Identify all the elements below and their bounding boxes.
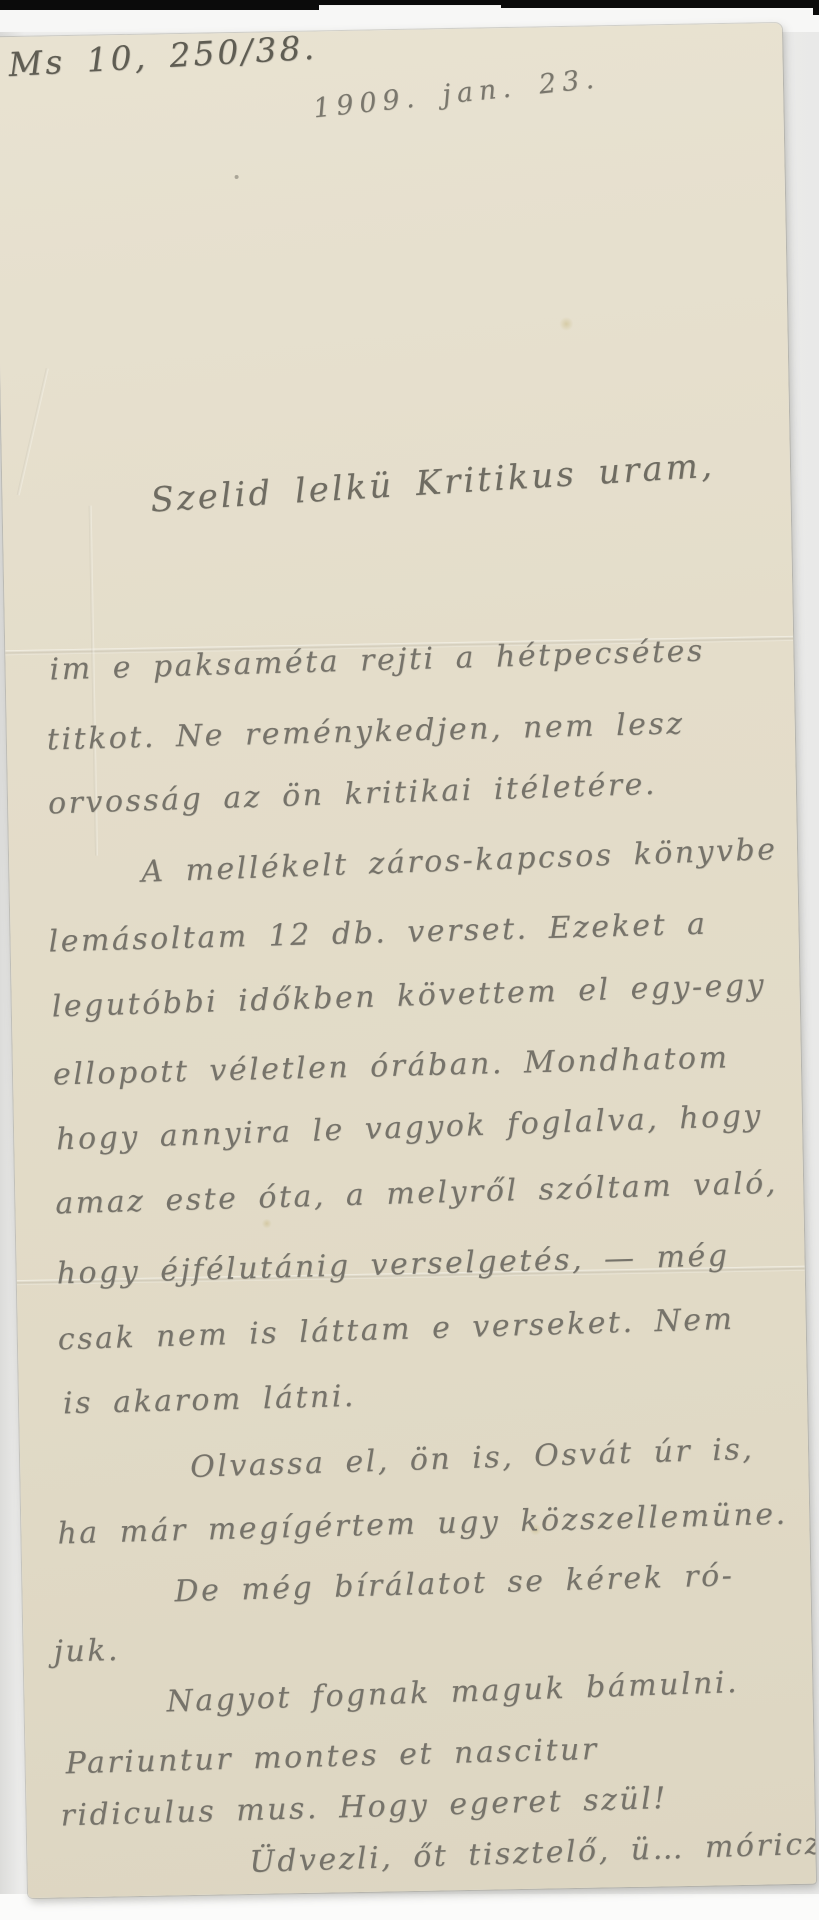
scanner-bottom-margin: [0, 1894, 819, 1920]
paper-stain: [559, 317, 573, 331]
handwritten-line: im e paksaméta rejti a hétpecsétes: [49, 634, 705, 688]
handwritten-line: csak nem is láttam e verseket. Nem: [57, 1302, 735, 1358]
scanned-letter-page: Ms 10, 250/38. 1909. jan. 23. Szelid lel…: [0, 0, 819, 1920]
handwritten-line: ridiculus mus. Hogy egeret szül!: [60, 1781, 668, 1833]
handwritten-line: is akarom látni.: [63, 1379, 357, 1421]
date-line: 1909. jan. 23.: [312, 63, 602, 124]
handwritten-line: amaz este óta, a melyről szóltam való,: [55, 1166, 778, 1222]
scanner-edge-bar: [501, 0, 819, 8]
handwritten-line: titkot. Ne reménykedjen, nem lesz: [46, 706, 685, 757]
paper-stain: [262, 1218, 272, 1228]
scanner-edge-bar: [319, 0, 501, 5]
paper-speck: [235, 175, 239, 179]
salutation-line: Szelid lelkü Kritikus uram,: [149, 446, 716, 521]
handwritten-line: orvosság az ön kritikai itéletére.: [48, 767, 658, 822]
handwritten-line: Olvassa el, ön is, Osvát úr is,: [190, 1432, 755, 1485]
handwritten-line: ha már megígértem ugy közszellemüne.: [57, 1497, 788, 1552]
archival-shelfmark: Ms 10, 250/38.: [7, 28, 317, 84]
handwritten-line: legutóbbi időkben követtem el egy-egy: [51, 968, 766, 1025]
handwritten-line: hogy éjfélutánig verselgetés, — még: [56, 1238, 730, 1291]
scanner-edge-bar: [813, 0, 819, 15]
fold-crease: [17, 368, 49, 495]
letter-page: Ms 10, 250/38. 1909. jan. 23. Szelid lel…: [0, 23, 816, 1898]
scanner-edge-bar: [0, 0, 319, 10]
handwritten-line: A mellékelt záros-kapcsos könyvbe: [141, 832, 778, 890]
handwritten-line: lemásoltam 12 db. verset. Ezeket a: [48, 907, 708, 960]
handwritten-line: De még bírálatot se kérek ró-: [174, 1558, 735, 1609]
handwritten-line: Nagyot fognak maguk bámulni.: [166, 1665, 740, 1719]
handwritten-line: hogy annyira le vagyok foglalva, hogy: [56, 1098, 764, 1157]
handwritten-line: juk.: [53, 1633, 120, 1670]
handwritten-line: Pariuntur montes et nascitur: [65, 1732, 599, 1781]
signature-line: Üdvezli, őt tisztelő, ü… móricz: [249, 1826, 816, 1880]
handwritten-line: ellopott véletlen órában. Mondhatom: [53, 1040, 730, 1092]
